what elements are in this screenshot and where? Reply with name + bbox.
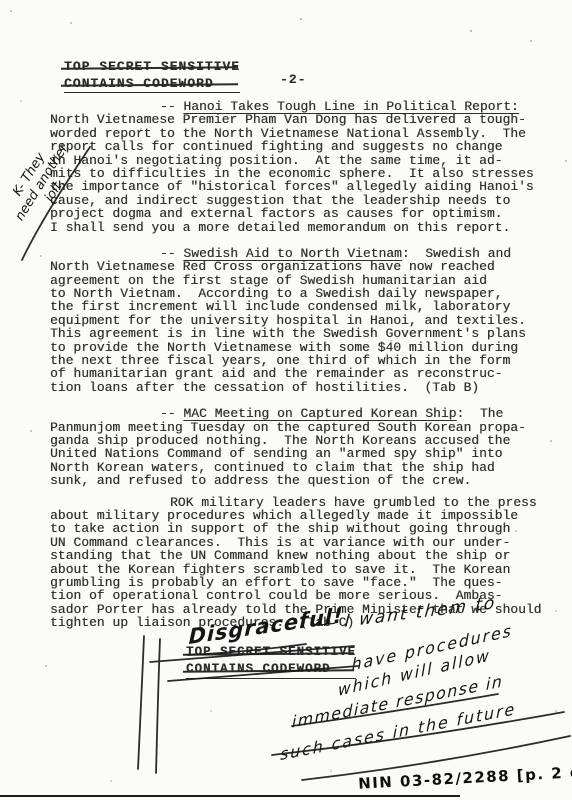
- typed-line: sunk, and refused to address the questio…: [50, 474, 552, 487]
- typed-line: North Korean waters, continued to claim …: [50, 461, 552, 474]
- classification-line-codeword-bottom: CONTAINS CODEWORD: [186, 661, 356, 679]
- margin-emphasis-mark: [156, 639, 160, 773]
- paragraph-2: -- Swedish Aid to North Vietnam: Swedish…: [50, 247, 552, 394]
- typed-line: of humanitarian grant aid and the remain…: [50, 367, 552, 380]
- typed-line: project dogma and external factors as ca…: [50, 207, 552, 220]
- scan-bottom-edge: [0, 795, 460, 797]
- paragraph-first-line: -- MAC Meeting on Captured Korean Ship: …: [50, 407, 552, 420]
- typed-line: cause, and indirect suggestion that the …: [50, 194, 552, 207]
- paragraph-first-line: -- Hanoi Takes Tough Line in Political R…: [50, 100, 552, 113]
- typed-line: in Hanoi's negotiating position. At the …: [50, 154, 552, 167]
- typed-line: agreement on the first stage of Swedish …: [50, 274, 552, 287]
- typed-line: to provide the North Vietnamese with som…: [50, 341, 552, 354]
- classification-stamp-bottom: TOP SECRET SENSITIVE CONTAINS CODEWORD: [186, 644, 356, 679]
- classification-stamp-top: TOP SECRET SENSITIVE CONTAINS CODEWORD: [64, 58, 240, 93]
- typed-line: about military procedures which allegedl…: [50, 509, 552, 522]
- typed-line: This agreement is in line with the Swedi…: [50, 327, 552, 340]
- typed-line: the next three fiscal years, one third o…: [50, 354, 552, 367]
- margin-emphasis-mark: [138, 636, 144, 769]
- typed-line: United Nations Command of sending an "ar…: [50, 447, 552, 460]
- typed-line: mits to difficulties in the economic sph…: [50, 167, 552, 180]
- typed-line: the first increment will include condens…: [50, 300, 552, 313]
- scanned-memo-page: TOP SECRET SENSITIVE CONTAINS CODEWORD -…: [0, 0, 572, 800]
- scan-noise-speckles: [10, 10, 12, 12]
- typed-line: to take action in support of the ship wi…: [50, 522, 552, 535]
- typed-line: about the Korean fighters scrambled to s…: [50, 563, 552, 576]
- paragraph-3: -- MAC Meeting on Captured Korean Ship: …: [50, 407, 552, 487]
- archive-reference: NIN 03-82/2288 [p. 2 of 4]: [358, 761, 572, 793]
- typed-line: grumbling is probably an effort to save …: [50, 576, 552, 589]
- typed-line: to North Vietnam. According to a Swedish…: [50, 287, 552, 300]
- typed-line: tion loans after the cessation of hostil…: [50, 381, 552, 394]
- classification-line-top-secret-bottom: TOP SECRET SENSITIVE: [186, 644, 356, 661]
- typed-line: UN Command clearances. This is at varian…: [50, 536, 552, 549]
- classification-line-top-secret: TOP SECRET SENSITIVE: [64, 58, 240, 75]
- typed-line: report calls for continued fighting and …: [50, 140, 552, 153]
- typed-line: the importance of "historical forces" al…: [50, 180, 552, 193]
- typed-line: equipment for the university hospital in…: [50, 314, 552, 327]
- typed-line: ganda ship produced nothing. The North K…: [50, 434, 552, 447]
- classification-line-codeword: CONTAINS CODEWORD: [64, 75, 240, 93]
- paragraph-heading: MAC Meeting on Captured Korean Ship: [183, 406, 456, 421]
- typed-line: I shall send you a more detailed memoran…: [50, 221, 552, 234]
- paragraph-1: -- Hanoi Takes Tough Line in Political R…: [50, 100, 552, 234]
- typed-line: North Vietnamese Red Cross organizations…: [50, 260, 552, 273]
- typed-line: standing that the UN Command knew nothin…: [50, 549, 552, 562]
- typed-line: Panmunjom meeting Tuesday on the capture…: [50, 421, 552, 434]
- page-number: -2-: [280, 72, 306, 87]
- paragraph-first-line: ROK military leaders have grumbled to th…: [50, 496, 552, 509]
- memo-body: -- Hanoi Takes Tough Line in Political R…: [50, 100, 552, 629]
- paragraph-first-line: -- Swedish Aid to North Vietnam: Swedish…: [50, 247, 552, 260]
- typed-line: worded report to the North Vietnamese Na…: [50, 127, 552, 140]
- typed-line: North Vietnamese Premier Pham Van Dong h…: [50, 113, 552, 126]
